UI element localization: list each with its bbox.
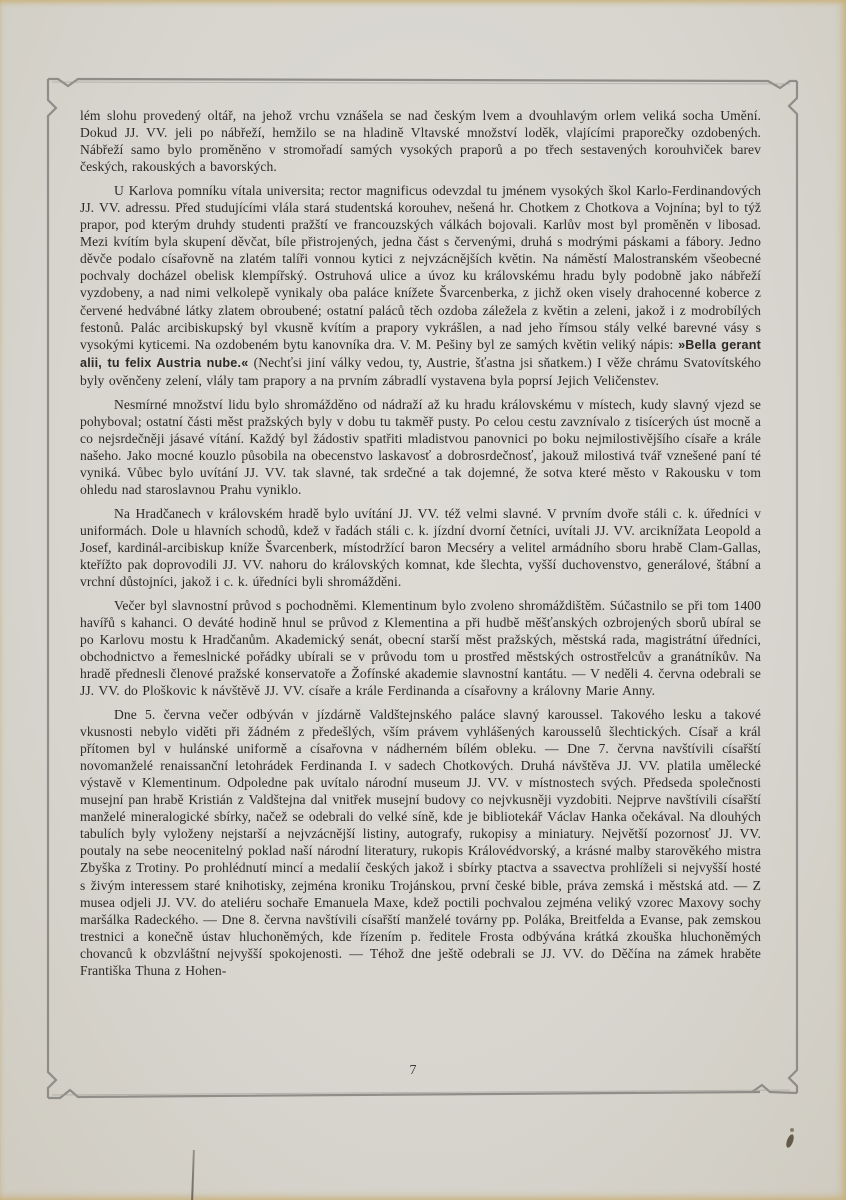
body-text: lém slohu provedený oltář, na jehož vrch…	[80, 107, 761, 986]
ink-blot	[785, 1133, 795, 1148]
paper-crease	[191, 1150, 195, 1200]
paragraph-text: Nesmírné množství lidu bylo shromážděno …	[80, 397, 761, 497]
paragraph-4: Na Hradčanech v královském hradě bylo uv…	[80, 505, 761, 590]
scanned-page: lém slohu provedený oltář, na jehož vrch…	[0, 0, 846, 1200]
paragraph-1: lém slohu provedený oltář, na jehož vrch…	[80, 107, 761, 175]
paragraph-text: Na Hradčanech v královském hradě bylo uv…	[80, 506, 761, 589]
paragraph-text: Večer byl slavnostní průvod s pochodněmi…	[80, 598, 761, 698]
paragraph-text: lém slohu provedený oltář, na jehož vrch…	[80, 108, 761, 174]
ink-blot	[790, 1128, 794, 1132]
paragraph-text: U Karlova pomníku vítala universita; rec…	[80, 183, 761, 352]
paragraph-text: Dne 5. června večer odbýván v jízdárně V…	[80, 707, 761, 978]
paragraph-6: Dne 5. června večer odbýván v jízdárně V…	[80, 706, 761, 980]
paragraph-5: Večer byl slavnostní průvod s pochodněmi…	[80, 597, 761, 700]
page-number: 7	[403, 1063, 423, 1079]
paragraph-3: Nesmírné množství lidu bylo shromážděno …	[80, 396, 761, 499]
paragraph-2: U Karlova pomníku vítala universita; rec…	[80, 182, 761, 389]
